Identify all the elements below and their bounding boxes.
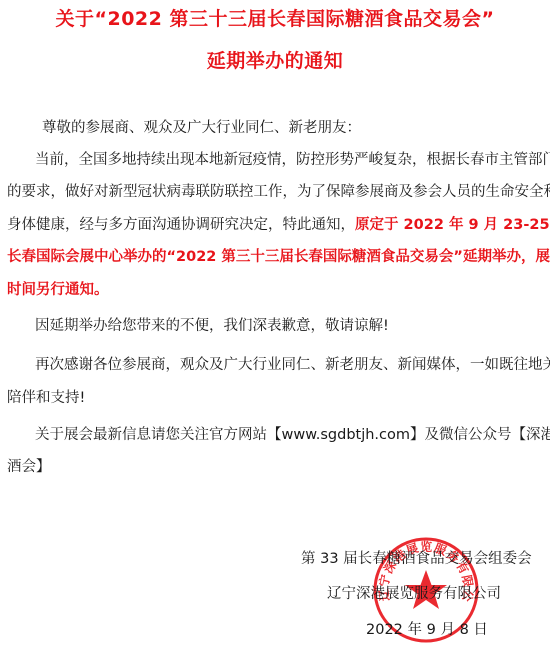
para3-line2: 陪伴和支持! <box>7 388 85 408</box>
salutation: 尊敬的参展商、观众及广大行业同仁、新老朋友： <box>42 118 361 138</box>
para1-line2: 的要求，做好对新型冠状病毒联防联控工作，为了保障参展商及参会人员的生命安全和 <box>7 182 550 202</box>
notice-title-line1: 关于“2022 第三十三届长春国际糖酒食品交易会” <box>0 4 550 31</box>
para4-line1: 关于展会最新信息请您关注官方网站【www.sgdbtjh.com】及微信公众号【… <box>35 425 550 445</box>
para1-line1: 当前，全国多地持续出现本地新冠疫情，防控形势严峻复杂，根据长春市主管部门 <box>35 150 550 170</box>
para3-line1: 再次感谢各位参展商，观众及广大行业同仁、新老朋友、新闻媒体，一如既往地关心， <box>35 355 550 375</box>
para1-line4: 长春国际会展中心举办的“2022 第三十三届长春国际糖酒食品交易会”延期举办，展… <box>7 247 550 267</box>
para1-line5: 时间另行通知。 <box>7 280 109 300</box>
para4-line2: 酒会】 <box>7 457 51 477</box>
notice-title-line2: 延期举办的通知 <box>0 46 550 73</box>
apology-paragraph: 因延期举办给您带来的不便，我们深表歉意，敬请谅解! <box>35 316 389 336</box>
organizer-committee: 第 33 届长春糖酒食品交易会组委会 <box>301 547 532 568</box>
para1-line3: 身体健康，经与多方面沟通协调研究决定，特此通知，原定于 2022 年 9 月 2… <box>7 215 550 235</box>
postponement-highlight: 原定于 2022 年 9 月 23-25 日在 <box>355 217 550 233</box>
organizer-company: 辽宁深港展览服务有限公司 <box>327 582 501 603</box>
notice-date: 2022 年 9 月 8 日 <box>366 618 488 639</box>
para1-line3-plain: 身体健康，经与多方面沟通协调研究决定，特此通知， <box>7 217 355 233</box>
